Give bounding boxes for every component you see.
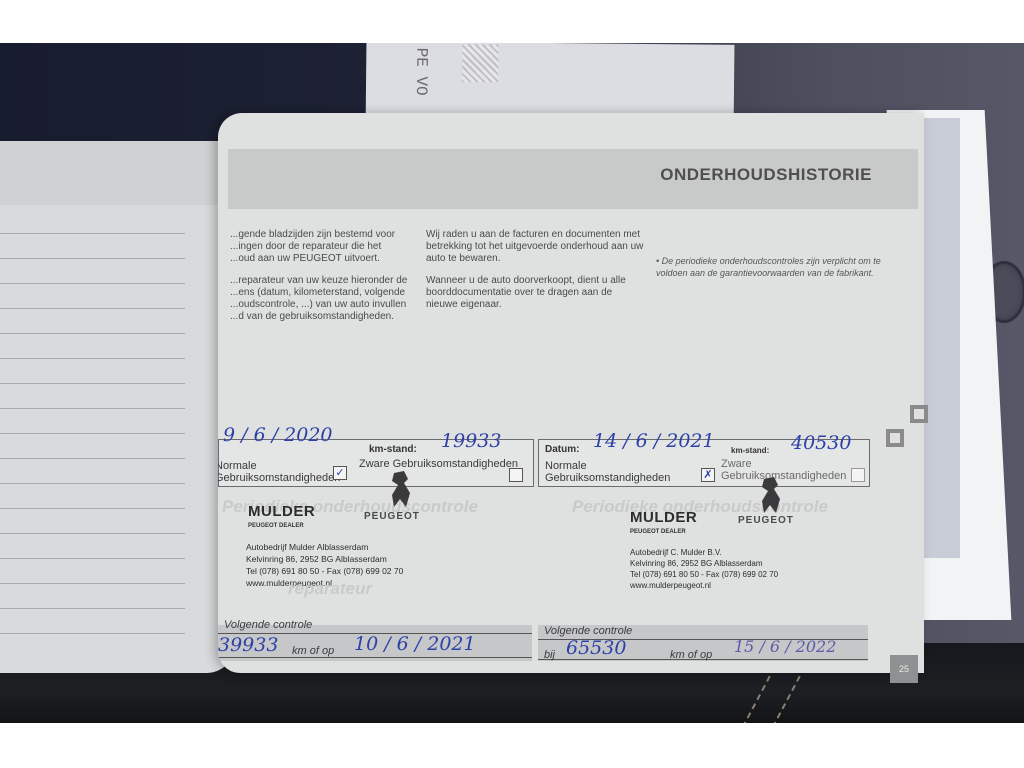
brand-name: PEUGEOT: [738, 515, 794, 526]
next-km-handwritten: 39933: [218, 634, 278, 656]
page-header-band: [0, 141, 236, 205]
qr-code: [462, 44, 498, 82]
intro-middle: Wij raden u aan de facturen en documente…: [426, 229, 644, 321]
km-of-op-label: km of op: [292, 645, 334, 657]
heavy-conditions-checkbox[interactable]: [509, 468, 523, 482]
dealer-subtitle: PEUGEOT DEALER: [248, 523, 304, 529]
peugeot-lion-icon: [386, 469, 414, 509]
page-number: 25: [890, 655, 918, 683]
ruled-line: [0, 258, 185, 259]
next-date-handwritten: 15 / 6 / 2022: [734, 637, 836, 656]
corner-marker: [886, 429, 904, 447]
dealer-name: MULDER: [248, 503, 315, 520]
ruled-line: [0, 283, 185, 284]
address-line: Kelvinring 86, 2952 BG Alblasserdam: [630, 558, 778, 569]
next-control-label: Volgende controle: [544, 625, 632, 637]
left-notes-page: [0, 141, 236, 673]
brand-name: PEUGEOT: [364, 511, 420, 522]
dealer-name: MULDER: [630, 509, 697, 526]
address-line: Kelvinring 86, 2952 BG Alblasserdam: [246, 553, 403, 565]
ruled-line: [0, 233, 185, 234]
ruled-line: [0, 433, 185, 434]
intro-paragraph: Wanneer u de auto doorverkoopt, dient u …: [426, 275, 644, 311]
normal-conditions-label: Normale Gebruiksomstandigheden: [545, 460, 695, 484]
ruled-line: [0, 458, 185, 459]
dealer-address: Autobedrijf C. Mulder B.V. Kelvinring 86…: [630, 547, 778, 591]
ruled-line: [0, 558, 185, 559]
back-page-tab: [920, 118, 960, 558]
peugeot-lion-icon: [756, 475, 784, 515]
bij-label: bij: [544, 649, 555, 661]
record-header: Datum: 9 / 6 / 2020 km-stand: 19933 Norm…: [218, 439, 534, 487]
maintenance-record: Datum: 9 / 6 / 2020 km-stand: 19933 Norm…: [218, 429, 532, 661]
record-header: Datum: 14 / 6 / 2021 km-stand: 40530 Nor…: [538, 439, 870, 487]
watermark-text: Periodieke onderhoudscontrole: [572, 497, 828, 517]
maintenance-record: Datum: 14 / 6 / 2021 km-stand: 40530 Nor…: [538, 429, 868, 661]
warranty-note: • De periodieke onderhoudscontroles zijn…: [656, 255, 886, 279]
heavy-conditions-label: Zware Gebruiksomstandigheden: [359, 458, 519, 470]
km-handwritten: 19933: [441, 430, 501, 452]
page-title: ONDERHOUDSHISTORIE: [660, 165, 872, 185]
warranty-note-text: De periodieke onderhoudscontroles zijn v…: [656, 256, 881, 278]
dealer-subtitle: PEUGEOT DEALER: [630, 529, 686, 535]
address-line: Tel (078) 691 80 50 - Fax (078) 699 02 7…: [630, 569, 778, 580]
photo: PE VO ONDERHOUDSHISTORIE ...gende bladzi…: [0, 43, 1024, 723]
maintenance-history-page: ONDERHOUDSHISTORIE ...gende bladzijden z…: [218, 113, 924, 673]
ruled-line: [0, 408, 185, 409]
address-line: Autobedrijf Mulder Alblasserdam: [246, 541, 403, 553]
ruled-line: [0, 358, 185, 359]
address-line: www.mulderpeugeot.nl: [630, 580, 778, 591]
date-label: Datum:: [545, 444, 579, 455]
km-label: km-stand:: [369, 444, 417, 455]
heavy-conditions-label: Zware Gebruiksomstandigheden: [721, 458, 851, 482]
ruled-line: [0, 383, 185, 384]
address-line: Tel (078) 691 80 50 - Fax (078) 699 02 7…: [246, 565, 403, 577]
ruled-line: [0, 508, 185, 509]
date-handwritten: 9 / 6 / 2020: [223, 424, 333, 446]
km-of-op-label: km of op: [670, 649, 712, 661]
date-handwritten: 14 / 6 / 2021: [593, 430, 715, 452]
watermark-text: reparateur: [288, 579, 372, 599]
next-km-handwritten: 65530: [566, 637, 626, 659]
normal-conditions-checkbox[interactable]: ✗: [701, 468, 715, 482]
corner-marker: [910, 405, 928, 423]
address-line: Autobedrijf C. Mulder B.V.: [630, 547, 778, 558]
normal-conditions-checkbox[interactable]: ✓: [333, 466, 347, 480]
ruled-line: [0, 308, 185, 309]
heavy-conditions-checkbox[interactable]: [851, 468, 865, 482]
ruled-line: [0, 533, 185, 534]
intro-paragraph: ...gende bladzijden zijn bestemd voor ..…: [230, 229, 408, 265]
divider: [218, 657, 532, 658]
normal-conditions-label: Normale Gebruiksomstandigheden: [218, 460, 315, 484]
ruled-line: [0, 483, 185, 484]
intro-paragraph: ...reparateur van uw keuze hieronder de …: [230, 275, 408, 323]
intro-paragraph: Wij raden u aan de facturen en documente…: [426, 229, 644, 265]
ruled-line: [0, 333, 185, 334]
ruled-line: [0, 633, 185, 634]
ruled-line: [0, 583, 185, 584]
next-control-label: Volgende controle: [224, 619, 312, 631]
next-date-handwritten: 10 / 6 / 2021: [354, 633, 476, 655]
km-handwritten: 40530: [791, 432, 851, 454]
intro-left: ...gende bladzijden zijn bestemd voor ..…: [230, 229, 408, 333]
ruled-line: [0, 608, 185, 609]
km-label: km-stand:: [731, 446, 769, 455]
